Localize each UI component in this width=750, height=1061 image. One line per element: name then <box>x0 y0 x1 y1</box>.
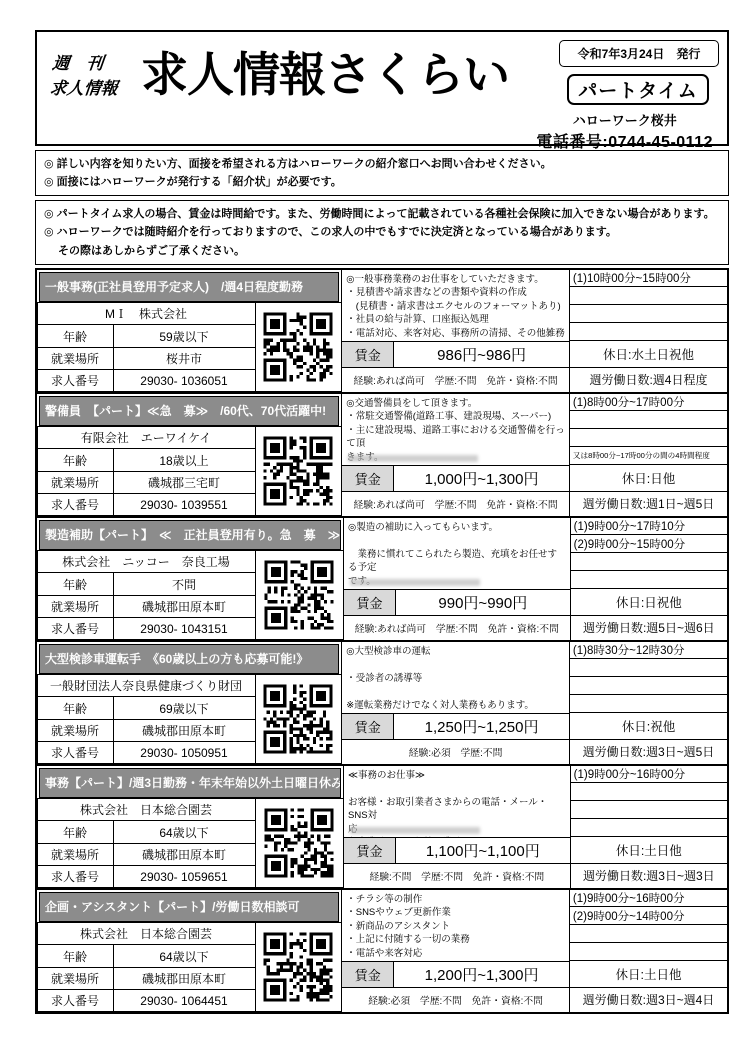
job-title-bar: 製造補助【パート】 ≪ 正社員登用有り。急 募 ≫ <box>39 520 341 550</box>
job-right-panel: (1)8時30分~12時30分 休日:祝他 週労働日数:週3日~週5日 <box>569 642 727 764</box>
qr-code-icon <box>255 426 342 516</box>
wage-label: 賃金 <box>344 590 396 615</box>
job-number-value: 29030- 1043151 <box>113 617 256 640</box>
wage-value: 986円~986円 <box>394 342 569 367</box>
wage-row: 賃金 986円~986円 <box>342 341 569 367</box>
description-line <box>348 782 566 795</box>
working-hours: (1)8時30分~12時30分 <box>570 642 727 713</box>
time-slot: 又は8時00分~17時00分の間の4時間程度 <box>570 447 727 465</box>
description-line: ・電話対応、来客対応、事務所の清掃、その他雑務 <box>346 327 565 340</box>
job-number-label: 求人番号 <box>37 369 114 392</box>
description-line: ※運転業務だけでなく対人業務もあります。 <box>346 699 565 712</box>
holiday: 休日:土日他 <box>571 837 727 863</box>
notice-line: その際はあしからずご了承ください。 <box>44 242 720 260</box>
job-left-panel: 製造補助【パート】 ≪ 正社員登用有り。急 募 ≫ 株式会社 ニッコー 奈良工場… <box>37 518 343 640</box>
job-right-panel: (1)8時00分~17時00分 又は8時00分~17時00分の間の4時間程度 休… <box>569 394 727 516</box>
time-slot: (2)9時00分~15時00分 <box>571 535 727 553</box>
job-listing: 大型検診車運転手 《60歳以上の方も応募可能!》 一般財団法人奈良県健康づくり財… <box>35 640 729 766</box>
wage-value: 1,250円~1,250円 <box>394 714 569 739</box>
weekly-days: 週労働日数:週1日~週5日 <box>570 491 727 516</box>
time-slot: (1)8時30分~12時30分 <box>570 642 727 660</box>
weekly-days: 週労働日数:週3日~週5日 <box>570 739 727 764</box>
job-description: ◎一般事務業務のお仕事をしていただきます。・見積書や請求書などの書類や資料の作成… <box>342 270 569 341</box>
job-listing: 一般事務(正社員登用予定求人) /週4日程度勤務 МＩ 株式会社 年齢 59歳以… <box>35 268 729 394</box>
job-left-panel: 警備員 【パート】≪急 募≫ /60代、70代活躍中! 有限会社 エーワイケイ … <box>37 394 341 516</box>
job-title-bar: 一般事務(正社員登用予定求人) /週4日程度勤務 <box>39 272 339 302</box>
job-title-bar: 事務【パート】/週3日勤務・年末年始以外土日曜日休み <box>39 768 341 798</box>
time-slot: (1)9時00分~16時00分 <box>571 766 727 784</box>
job-title-bar: 大型検診車運転手 《60歳以上の方も応募可能!》 <box>39 644 339 674</box>
notice-box-2: ◎ パートタイム求人の場合、賃金は時間給です。また、労働時間によって記載されてい… <box>35 200 729 264</box>
requirements: 経験:あれば尚可 学歴:不問 免許・資格:不問 <box>344 615 570 640</box>
workplace-value: 磯城郡田原本町 <box>113 595 256 618</box>
job-description: ・チラシ等の制作・SNSやウェブ更新作業・新商品のアシスタント・上記に付随する一… <box>342 890 569 961</box>
description-line: ・SNSやウェブ更新作業 <box>346 906 565 919</box>
job-info-table: 株式会社 日本総合園芸 年齢 64歳以下 就業場所 磯城郡田原本町 求人番号 2… <box>37 799 343 888</box>
workplace-label: 就業場所 <box>37 967 114 990</box>
office-name: ハローワーク桜井 <box>536 110 713 129</box>
office-contact: ハローワーク桜井 電話番号:0744-45-0112 <box>536 110 713 152</box>
time-slot <box>570 323 727 341</box>
age-label: 年齢 <box>37 572 114 595</box>
job-middle-panel: ≪事務のお仕事≫ お客様・お取引業者さまからの電話・メール・SNS対応入力業務・… <box>343 766 570 888</box>
job-description: ≪事務のお仕事≫ お客様・お取引業者さまからの電話・メール・SNS対応入力業務・… <box>344 766 570 837</box>
time-slot: (2)9時00分~14時00分 <box>570 907 727 925</box>
job-info-table: 株式会社 ニッコー 奈良工場 年齢 不問 就業場所 磯城郡田原本町 求人番号 2… <box>37 551 343 640</box>
job-description: ◎交通警備員をして頂きます。・常駐交通警備(道路工事、建設現場、スーパー)・主に… <box>342 394 569 465</box>
job-right-panel: (1)10時00分~15時00分 休日:水土日祝他 週労働日数:週4日程度 <box>569 270 727 392</box>
job-middle-panel: ◎一般事務業務のお仕事をしていただきます。・見積書や請求書などの書類や資料の作成… <box>341 270 569 392</box>
job-number-label: 求人番号 <box>37 865 114 888</box>
time-slot <box>570 695 727 713</box>
flyer-page: 週 刊 求人情報 求人情報さくらい 令和7年3月24日 発行 パートタイム ハロ… <box>35 30 729 1014</box>
description-line: ◎交通警備員をして頂きます。 <box>346 397 565 410</box>
description-line: ・社員の給与計算、口座振込処理 <box>346 313 565 326</box>
job-number-value: 29030- 1064451 <box>113 989 256 1012</box>
age-label: 年齢 <box>37 696 114 719</box>
time-slot <box>571 553 727 571</box>
description-line: ≪事務のお仕事≫ <box>348 769 566 782</box>
description-line <box>346 685 565 698</box>
job-middle-panel: ◎大型検診車の運転 ・受診者の誘導等 ※運転業務だけでなく対人業務もあります。 … <box>341 642 569 764</box>
requirements: 経験:あれば尚可 学歴:不問 免許・資格:不問 <box>342 491 569 516</box>
job-right-panel: (1)9時00分~16時00分 (2)9時00分~14時00分 休日:土日他 週… <box>569 890 727 1012</box>
holiday: 休日:土日他 <box>570 961 727 987</box>
working-hours: (1)9時00分~16時00分 (2)9時00分~14時00分 <box>570 890 727 961</box>
job-number-value: 29030- 1036051 <box>113 369 256 392</box>
description-line: 業務に慣れてこられたら製造、充填をお任せする予定 <box>348 548 566 575</box>
workplace-label: 就業場所 <box>37 347 114 370</box>
notice-box-1: ◎ 詳しい内容を知りたい方、面接を希望される方はハローワークの紹介窓口へお問い合… <box>35 150 729 196</box>
description-line: お客様・お取引業者さまからの電話・メール・SNS対 <box>348 796 566 823</box>
description-line: ・受診者の誘導等 <box>346 672 565 685</box>
holiday: 休日:日他 <box>570 465 727 491</box>
age-label: 年齢 <box>37 820 114 843</box>
description-line: 入力業務・その他管理業務 <box>348 836 566 837</box>
workplace-label: 就業場所 <box>37 719 114 742</box>
wage-label: 賃金 <box>344 838 396 863</box>
time-slot <box>570 429 727 447</box>
office-phone: 電話番号:0744-45-0112 <box>536 129 713 152</box>
description-line <box>348 534 566 547</box>
time-slot <box>571 801 727 819</box>
wage-row: 賃金 990円~990円 <box>344 589 570 615</box>
redacted-text <box>348 455 478 462</box>
workplace-value: 桜井市 <box>113 347 256 370</box>
description-line: ・主に建設現場、道路工事における交通警備を行って頂 <box>346 424 565 451</box>
job-left-panel: 企画・アシスタント【パート】/労働日数相談可 株式会社 日本総合園芸 年齢 64… <box>37 890 341 1012</box>
wage-label: 賃金 <box>342 342 394 367</box>
holiday: 休日:日祝他 <box>571 589 727 615</box>
job-left-panel: 一般事務(正社員登用予定求人) /週4日程度勤務 МＩ 株式会社 年齢 59歳以… <box>37 270 341 392</box>
qr-code-icon <box>255 922 342 1012</box>
weekly-label: 週 刊 求人情報 <box>48 52 121 101</box>
time-slot: (1)10時00分~15時00分 <box>570 270 727 288</box>
description-line: ・チラシ等の制作 <box>346 893 565 906</box>
wage-row: 賃金 1,000円~1,300円 <box>342 465 569 491</box>
notice-line: ◎ ハローワークでは随時紹介を行っておりますので、この求人の中でもすでに決定済と… <box>44 223 720 241</box>
time-slot: (1)8時00分~17時00分 <box>570 394 727 412</box>
workplace-value: 磯城郡田原本町 <box>113 843 256 866</box>
working-hours: (1)9時00分~16時00分 <box>571 766 727 837</box>
job-info-table: МＩ 株式会社 年齢 59歳以下 就業場所 桜井市 求人番号 29030- 10… <box>37 303 341 392</box>
age-value: 69歳以下 <box>113 696 256 719</box>
working-hours: (1)9時00分~17時10分 (2)9時00分~15時00分 <box>571 518 727 589</box>
wage-value: 1,000円~1,300円 <box>394 466 569 491</box>
description-line: ・電話や来客対応 <box>346 947 565 960</box>
age-value: 64歳以下 <box>113 944 256 967</box>
redacted-text <box>350 579 480 586</box>
job-number-value: 29030- 1050951 <box>113 741 256 764</box>
company-name: 有限会社 エーワイケイ <box>37 426 256 449</box>
job-number-label: 求人番号 <box>37 741 114 764</box>
workplace-label: 就業場所 <box>37 843 114 866</box>
description-line: ◎製造の補助に入ってもらいます。 <box>348 521 566 534</box>
time-slot <box>571 571 727 589</box>
time-slot <box>570 305 727 323</box>
job-number-label: 求人番号 <box>37 493 114 516</box>
job-listing: 事務【パート】/週3日勤務・年末年始以外土日曜日休み 株式会社 日本総合園芸 年… <box>35 764 729 890</box>
description-line: ・新商品のアシスタント <box>346 920 565 933</box>
company-name: 株式会社 日本総合園芸 <box>37 798 256 821</box>
company-name: 株式会社 日本総合園芸 <box>37 922 256 945</box>
description-line <box>346 658 565 671</box>
requirements: 経験:不問 学歴:不問 免許・資格:不問 <box>344 863 570 888</box>
weekly-days: 週労働日数:週4日程度 <box>570 367 727 392</box>
job-info-table: 株式会社 日本総合園芸 年齢 64歳以下 就業場所 磯城郡田原本町 求人番号 2… <box>37 923 341 1012</box>
workplace-label: 就業場所 <box>37 595 114 618</box>
job-middle-panel: ◎交通警備員をして頂きます。・常駐交通警備(道路工事、建設現場、スーパー)・主に… <box>341 394 569 516</box>
qr-code-icon <box>255 302 342 392</box>
wage-row: 賃金 1,200円~1,300円 <box>342 961 569 987</box>
wage-label: 賃金 <box>342 962 394 987</box>
job-middle-panel: ・チラシ等の制作・SNSやウェブ更新作業・新商品のアシスタント・上記に付随する一… <box>341 890 569 1012</box>
workplace-value: 磯城郡田原本町 <box>113 967 256 990</box>
requirements: 経験:必須 学歴:不問 <box>342 739 569 764</box>
job-info-table: 一般財団法人奈良県健康づくり財団 年齢 69歳以下 就業場所 磯城郡田原本町 求… <box>37 675 341 764</box>
job-listing: 警備員 【パート】≪急 募≫ /60代、70代活躍中! 有限会社 エーワイケイ … <box>35 392 729 518</box>
edition-badge: パートタイム <box>567 74 709 105</box>
wage-label: 賃金 <box>342 714 394 739</box>
age-value: 64歳以下 <box>113 820 256 843</box>
qr-code-icon <box>255 550 344 640</box>
weekly-days: 週労働日数:週5日~週6日 <box>571 615 727 640</box>
time-slot <box>570 677 727 695</box>
job-info-table: 有限会社 エーワイケイ 年齢 18歳以上 就業場所 磯城郡三宅町 求人番号 29… <box>37 427 341 516</box>
time-slot <box>571 819 727 837</box>
age-value: 18歳以上 <box>113 448 256 471</box>
holiday: 休日:水土日祝他 <box>570 341 727 367</box>
job-right-panel: (1)9時00分~16時00分 休日:土日他 週労働日数:週3日~週3日 <box>570 766 727 888</box>
wage-row: 賃金 1,250円~1,250円 <box>342 713 569 739</box>
company-name: 一般財団法人奈良県健康づくり財団 <box>37 674 256 697</box>
time-slot: (1)9時00分~17時10分 <box>571 518 727 536</box>
job-number-label: 求人番号 <box>37 989 114 1012</box>
masthead-box: 週 刊 求人情報 求人情報さくらい 令和7年3月24日 発行 パートタイム ハロ… <box>35 30 729 146</box>
qr-code-icon <box>255 798 344 888</box>
company-name: 株式会社 ニッコー 奈良工場 <box>37 550 256 573</box>
description-line: ・常駐交通警備(道路工事、建設現場、スーパー) <box>346 410 565 423</box>
notice-line: ◎ パートタイム求人の場合、賃金は時間給です。また、労働時間によって記載されてい… <box>44 205 720 223</box>
working-hours: (1)10時00分~15時00分 <box>570 270 727 341</box>
weekly-days: 週労働日数:週3日~週3日 <box>571 863 727 888</box>
time-slot: (1)9時00分~16時00分 <box>570 890 727 908</box>
job-listings: 一般事務(正社員登用予定求人) /週4日程度勤務 МＩ 株式会社 年齢 59歳以… <box>35 268 729 1014</box>
workplace-label: 就業場所 <box>37 471 114 494</box>
issue-date: 令和7年3月24日 発行 <box>559 40 719 67</box>
weekly-days: 週労働日数:週3日~週4日 <box>570 987 727 1012</box>
notice-line: ◎ 詳しい内容を知りたい方、面接を希望される方はハローワークの紹介窓口へお問い合… <box>44 155 720 173</box>
wage-label: 賃金 <box>342 466 394 491</box>
job-title-bar: 警備員 【パート】≪急 募≫ /60代、70代活躍中! <box>39 396 339 426</box>
time-slot <box>570 659 727 677</box>
description-line: (見積書・請求書はエクセルのフォーマットあり) <box>346 300 565 313</box>
working-hours: (1)8時00分~17時00分 又は8時00分~17時00分の間の4時間程度 <box>570 394 727 465</box>
time-slot <box>570 287 727 305</box>
job-middle-panel: ◎製造の補助に入ってもらいます。 業務に慣れてこられたら製造、充填をお任せする予… <box>343 518 570 640</box>
wage-value: 990円~990円 <box>396 590 570 615</box>
age-value: 59歳以下 <box>113 324 256 347</box>
notice-line: ◎ 面接にはハローワークが発行する「紹介状」が必要です。 <box>44 173 720 191</box>
age-label: 年齢 <box>37 324 114 347</box>
job-description: ◎製造の補助に入ってもらいます。 業務に慣れてこられたら製造、充填をお任せする予… <box>344 518 570 589</box>
job-number-label: 求人番号 <box>37 617 114 640</box>
age-label: 年齢 <box>37 944 114 967</box>
job-left-panel: 大型検診車運転手 《60歳以上の方も応募可能!》 一般財団法人奈良県健康づくり財… <box>37 642 341 764</box>
holiday: 休日:祝他 <box>570 713 727 739</box>
requirements: 経験:あれば尚可 学歴:不問 免許・資格:不問 <box>342 367 569 392</box>
job-number-value: 29030- 1059651 <box>113 865 256 888</box>
job-left-panel: 事務【パート】/週3日勤務・年末年始以外土日曜日休み 株式会社 日本総合園芸 年… <box>37 766 343 888</box>
job-title-bar: 企画・アシスタント【パート】/労働日数相談可 <box>39 892 339 922</box>
workplace-value: 磯城郡田原本町 <box>113 719 256 742</box>
time-slot <box>570 411 727 429</box>
page-title: 求人情報さくらい <box>141 38 509 105</box>
company-name: МＩ 株式会社 <box>37 302 256 325</box>
job-right-panel: (1)9時00分~17時10分 (2)9時00分~15時00分 休日:日祝他 週… <box>570 518 727 640</box>
description-line: ・上記に付随する一切の業務 <box>346 933 565 946</box>
description-line: ◎大型検診車の運転 <box>346 645 565 658</box>
wage-row: 賃金 1,100円~1,100円 <box>344 837 570 863</box>
job-listing: 企画・アシスタント【パート】/労働日数相談可 株式会社 日本総合園芸 年齢 64… <box>35 888 729 1014</box>
wage-value: 1,100円~1,100円 <box>396 838 570 863</box>
time-slot <box>571 783 727 801</box>
time-slot <box>570 925 727 943</box>
age-label: 年齢 <box>37 448 114 471</box>
age-value: 不問 <box>113 572 256 595</box>
wage-value: 1,200円~1,300円 <box>394 962 569 987</box>
qr-code-icon <box>255 674 342 764</box>
redacted-text <box>350 827 480 834</box>
job-description: ◎大型検診車の運転 ・受診者の誘導等 ※運転業務だけでなく対人業務もあります。 <box>342 642 569 713</box>
requirements: 経験:必須 学歴:不問 免許・資格:不問 <box>342 987 569 1012</box>
time-slot <box>570 943 727 961</box>
description-line: ・見積書や請求書などの書類や資料の作成 <box>346 286 565 299</box>
description-line: ◎一般事務業務のお仕事をしていただきます。 <box>346 273 565 286</box>
job-listing: 製造補助【パート】 ≪ 正社員登用有り。急 募 ≫ 株式会社 ニッコー 奈良工場… <box>35 516 729 642</box>
workplace-value: 磯城郡三宅町 <box>113 471 256 494</box>
job-number-value: 29030- 1039551 <box>113 493 256 516</box>
